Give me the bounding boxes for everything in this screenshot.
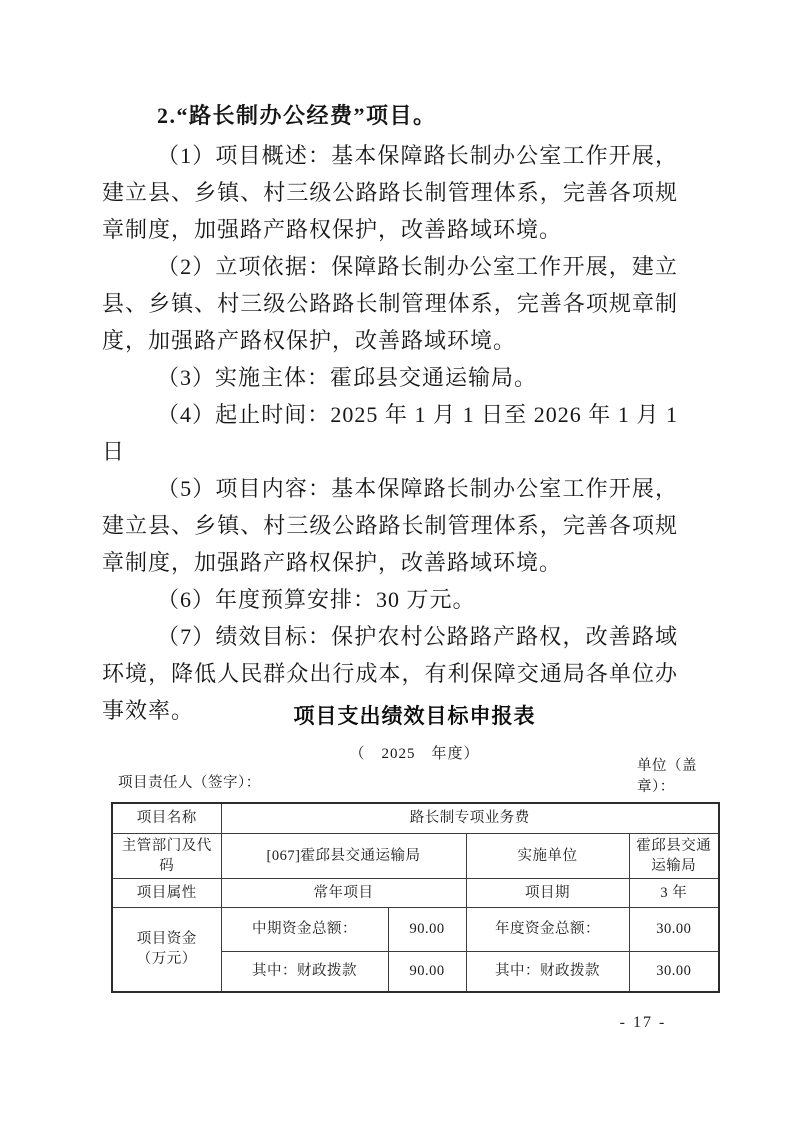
annual-total-label: 年度资金总额： (466, 907, 629, 951)
project-funds-label: 项目资金 （万元） (112, 907, 221, 992)
unit-seal-label: 单位（盖章）： (637, 756, 709, 798)
annual-fiscal-value: 30.00 (629, 951, 719, 992)
section-heading: 2.“路长制办公经费”项目。 (102, 97, 678, 134)
table-row: 项目属性 常年项目 项目期 3 年 (112, 878, 719, 907)
table-row: 项目名称 路长制专项业务费 (112, 803, 719, 833)
paragraph-budget: （6）年度预算安排：30 万元。 (102, 581, 678, 618)
paragraph-overview: （1）项目概述：基本保障路长制办公室工作开展，建立县、乡镇、村三级公路路长制管理… (102, 137, 678, 248)
annual-total-value: 30.00 (629, 907, 719, 951)
annual-fiscal-label: 其中：财政拨款 (466, 951, 629, 992)
project-attr-value: 常年项目 (221, 878, 466, 907)
project-funds-label-line1: 项目资金 (117, 929, 217, 949)
paragraph-implementer: （3）实施主体：霍邱县交通运输局。 (102, 359, 678, 396)
dept-code-value: [067]霍邱县交通运输局 (221, 833, 466, 878)
project-name-label: 项目名称 (112, 803, 221, 833)
dept-code-label: 主管部门及代码 (112, 833, 221, 878)
project-funds-label-line2: （万元） (117, 949, 217, 969)
body-text-block: 2.“路长制办公经费”项目。 （1）项目概述：基本保障路长制办公室工作开展，建立… (102, 97, 678, 729)
project-period-value: 3 年 (629, 878, 719, 907)
paragraph-duration: （4）起止时间：2025 年 1 月 1 日至 2026 年 1 月 1 日 (102, 396, 678, 470)
declaration-form: 项目支出绩效目标申报表 （ 2025 年度） 项目责任人（签字）： 单位（盖章）… (111, 700, 718, 763)
project-attr-label: 项目属性 (112, 878, 221, 907)
performance-target-table: 项目名称 路长制专项业务费 主管部门及代码 [067]霍邱县交通运输局 实施单位… (111, 802, 720, 993)
paragraph-content: （5）项目内容：基本保障路长制办公室工作开展，建立县、乡镇、村三级公路路长制管理… (102, 470, 678, 581)
form-title: 项目支出绩效目标申报表 (111, 700, 718, 730)
paragraph-basis: （2）立项依据：保障路长制办公室工作开展，建立县、乡镇、村三级公路路长制管理体系… (102, 248, 678, 359)
form-year-line: （ 2025 年度） (111, 742, 718, 763)
mid-fiscal-label: 其中：财政拨款 (221, 951, 388, 992)
table-row: 主管部门及代码 [067]霍邱县交通运输局 实施单位 霍邱县交通运输局 (112, 833, 719, 878)
document-page: 2.“路长制办公经费”项目。 （1）项目概述：基本保障路长制办公室工作开展，建立… (0, 0, 793, 1122)
table-row: 项目资金 （万元） 中期资金总额： 90.00 年度资金总额： 30.00 (112, 907, 719, 951)
mid-total-value: 90.00 (388, 907, 466, 951)
project-period-label: 项目期 (466, 878, 629, 907)
mid-fiscal-value: 90.00 (388, 951, 466, 992)
project-name-value: 路长制专项业务费 (221, 803, 719, 833)
mid-total-label: 中期资金总额： (221, 907, 388, 951)
page-number: - 17 - (583, 1014, 703, 1032)
impl-unit-value: 霍邱县交通运输局 (629, 833, 719, 878)
signer-label: 项目责任人（签字）： (118, 771, 261, 792)
impl-unit-label: 实施单位 (466, 833, 629, 878)
